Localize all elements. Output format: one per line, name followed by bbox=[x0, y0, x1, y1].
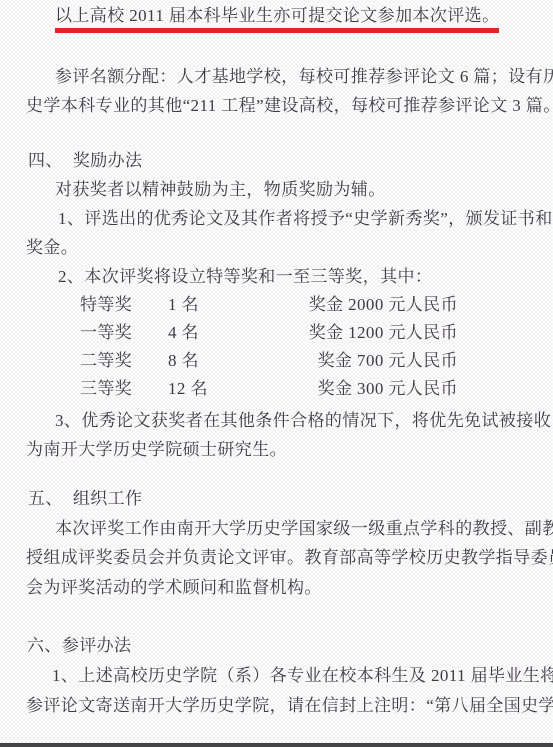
section5-paragraph-line2: 授组成评奖委员会并负责论文评审。教育部高等学校历史教学指导委员 bbox=[26, 547, 553, 569]
award-row-first: 一等奖 4 名 奖金 1200 元人民币 bbox=[0, 322, 553, 344]
section6-title: 参评办法 bbox=[62, 636, 132, 655]
section5-number: 五、 bbox=[28, 489, 63, 508]
quota-paragraph-line2: 史学本科专业的其他“211 工程”建设高校，每校可推荐参评论文 3 篇。 bbox=[26, 95, 553, 117]
section4-heading: 四、奖励办法 bbox=[28, 150, 142, 172]
document-page: 以上高校 2011 届本科毕业生亦可提交论文参加本次评选。 参评名额分配：人才基… bbox=[0, 0, 553, 747]
section4-title: 奖励办法 bbox=[73, 151, 143, 170]
section5-heading: 五、组织工作 bbox=[28, 488, 142, 510]
section5-paragraph-line3: 会为评奖活动的学术顾问和监督机构。 bbox=[26, 577, 322, 599]
intro-line: 以上高校 2011 届本科毕业生亦可提交论文参加本次评选。 bbox=[55, 5, 499, 27]
section4-number: 四、 bbox=[28, 151, 63, 170]
award-count: 4 名 bbox=[168, 322, 199, 344]
award-row-special: 特等奖 1 名 奖金 2000 元人民币 bbox=[0, 294, 553, 316]
award-count: 8 名 bbox=[168, 350, 199, 372]
section5-paragraph-line1: 本次评奖工作由南开大学历史学国家级一级重点学科的教授、副教 bbox=[55, 518, 553, 540]
section6-heading: 六、参评办法 bbox=[27, 635, 131, 657]
award-grade: 特等奖 bbox=[80, 294, 132, 316]
section6-item1-line2: 参评论文寄送南开大学历史学院，请在信封上注明：“第八届全国史学 bbox=[26, 695, 553, 717]
page-bottom-edge bbox=[0, 743, 553, 747]
section5-title: 组织工作 bbox=[73, 489, 143, 508]
section4-item2-intro: 2、本次评奖将设立特等奖和一至三等奖，其中： bbox=[58, 266, 432, 288]
section4-item1-line1: 1、评选出的优秀论文及其作者将授予“史学新秀奖”，颁发证书和 bbox=[58, 208, 553, 230]
quota-paragraph-line1: 参评名额分配：人才基地学校，每校可推荐参评论文 6 篇；设有历 bbox=[55, 66, 553, 88]
section4-item1-line2: 奖金。 bbox=[26, 237, 78, 259]
award-row-second: 二等奖 8 名 奖金 700 元人民币 bbox=[0, 350, 553, 372]
award-grade: 三等奖 bbox=[80, 378, 132, 400]
section4-paragraph1: 对获奖者以精神鼓励为主，物质奖励为辅。 bbox=[55, 179, 386, 201]
award-grade: 一等奖 bbox=[80, 322, 132, 344]
section4-item3-line1: 3、优秀论文获奖者在其他条件合格的情况下，将优先免试被接收 bbox=[55, 410, 551, 432]
section6-item1-line1: 1、上述高校历史学院（系）各专业在校本科生及 2011 届毕业生将 bbox=[52, 665, 553, 687]
award-prize: 奖金 300 元人民币 bbox=[318, 378, 458, 400]
award-prize: 奖金 1200 元人民币 bbox=[309, 322, 458, 344]
section6-number: 六、 bbox=[27, 636, 62, 655]
award-grade: 二等奖 bbox=[80, 350, 132, 372]
award-prize: 奖金 700 元人民币 bbox=[318, 350, 458, 372]
award-prize: 奖金 2000 元人民币 bbox=[309, 294, 458, 316]
award-row-third: 三等奖 12 名 奖金 300 元人民币 bbox=[0, 378, 553, 400]
award-count: 1 名 bbox=[168, 294, 199, 316]
award-count: 12 名 bbox=[168, 378, 208, 400]
section4-item3-line2: 为南开大学历史学院硕士研究生。 bbox=[26, 439, 287, 461]
intro-line-text: 以上高校 2011 届本科毕业生亦可提交论文参加本次评选。 bbox=[55, 6, 499, 33]
